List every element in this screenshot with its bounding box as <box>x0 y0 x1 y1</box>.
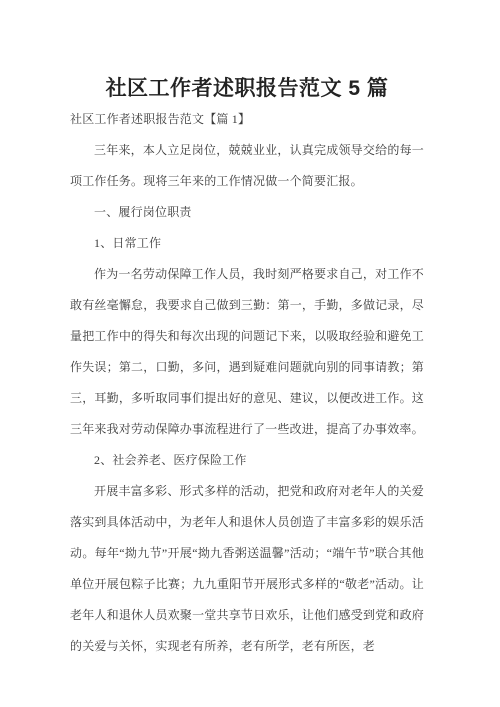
body-paragraph: 作为一名劳动保障工作人员，我时刻严格要求自己，对工作不敢有丝毫懈怠，我要求自己做… <box>70 259 424 445</box>
section-heading: 一、履行岗位职责 <box>70 197 424 228</box>
document-title: 社区工作者述职报告范文 5 篇 <box>70 73 424 104</box>
document-body: 三年来，本人立足岗位，兢兢业业，认真完成领导交给的每一项工作任务。现将三年来的工… <box>70 135 424 662</box>
document-page: 社区工作者述职报告范文 5 篇 社区工作者述职报告范文【篇 1】 三年来，本人立… <box>0 0 500 707</box>
section-heading: 1、日常工作 <box>70 228 424 259</box>
section-heading: 2、社会养老、医疗保险工作 <box>70 445 424 476</box>
body-paragraph: 开展丰富多彩、形式多样的活动，把党和政府对老年人的关爱落实到具体活动中，为老年人… <box>70 476 424 662</box>
body-paragraph: 三年来，本人立足岗位，兢兢业业，认真完成领导交给的每一项工作任务。现将三年来的工… <box>70 135 424 197</box>
document-subtitle: 社区工作者述职报告范文【篇 1】 <box>70 104 424 135</box>
